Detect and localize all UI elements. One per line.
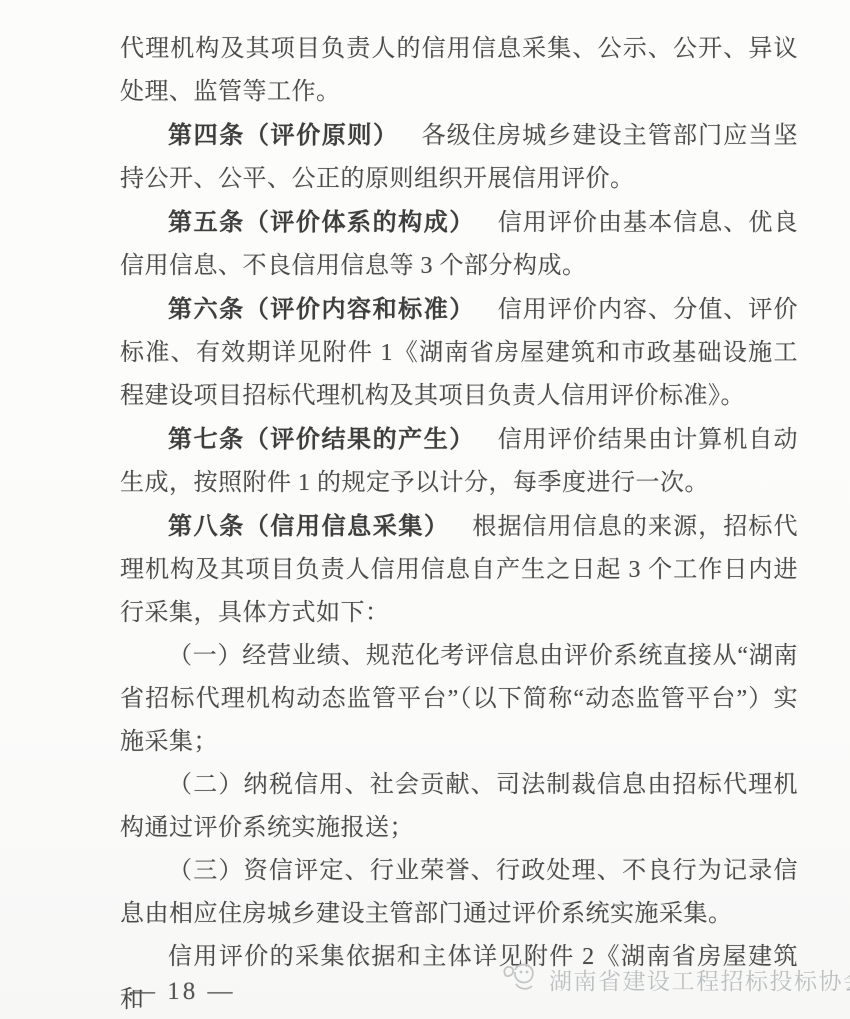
paragraph: （三）资信评定、行业荣誉、行政处理、不良行为记录信息由相应住房城乡建设主管部门通… — [120, 850, 798, 936]
paragraph: 第六条（评价内容和标准）信用评价内容、分值、评价标准、有效期详见附件 1《湖南省… — [120, 288, 798, 418]
article-heading: 第八条（信用信息采集） — [168, 513, 450, 540]
paragraph: 第七条（评价结果的产生）信用评价结果由计算机自动生成，按照附件 1 的规定予以计… — [120, 418, 798, 505]
paragraph: 第四条（评价原则）各级住房城乡建设主管部门应当坚持公开、公平、公正的原则组织开展… — [120, 114, 798, 201]
paragraph-text: 代理机构及其项目负责人的信用信息采集、公示、公开、异议处理、监管等工作。 — [120, 36, 798, 105]
paragraph: （一）经营业绩、规范化考评信息由评价系统直接从“湖南省招标代理机构动态监管平台”… — [120, 635, 798, 764]
article-heading: 第六条（评价内容和标准） — [168, 296, 475, 323]
article-heading: 第七条（评价结果的产生） — [168, 426, 475, 453]
association-logo-icon — [502, 960, 544, 998]
paragraph-text: （二）纳税信用、社会贡献、司法制裁信息由招标代理机构通过评价系统实施报送； — [120, 772, 798, 841]
association-watermark: 湖南省建设工程招标投标协会 — [502, 960, 850, 998]
document-body: 代理机构及其项目负责人的信用信息采集、公示、公开、异议处理、监管等工作。 第四条… — [120, 28, 798, 1019]
paragraph: 第五条（评价体系的构成）信用评价由基本信息、优良信用信息、不良信用信息等 3 个… — [120, 201, 798, 288]
paragraph-text: （一）经营业绩、规范化考评信息由评价系统直接从“湖南省招标代理机构动态监管平台”… — [120, 643, 798, 755]
article-heading: 第五条（评价体系的构成） — [168, 209, 475, 236]
page-number: — 18 — — [130, 978, 236, 1006]
paragraph-text: （三）资信评定、行业荣誉、行政处理、不良行为记录信息由相应住房城乡建设主管部门通… — [120, 858, 798, 927]
article-heading: 第四条（评价原则） — [168, 122, 399, 149]
paragraph: 代理机构及其项目负责人的信用信息采集、公示、公开、异议处理、监管等工作。 — [120, 28, 798, 114]
paragraph: 第八条（信用信息采集）根据信用信息的来源，招标代理机构及其项目负责人信用信息自产… — [120, 505, 798, 635]
association-watermark-text: 湖南省建设工程招标投标协会 — [549, 963, 850, 996]
paragraph: （二）纳税信用、社会贡献、司法制裁信息由招标代理机构通过评价系统实施报送； — [120, 764, 798, 850]
document-page: 代理机构及其项目负责人的信用信息采集、公示、公开、异议处理、监管等工作。 第四条… — [0, 0, 850, 1019]
